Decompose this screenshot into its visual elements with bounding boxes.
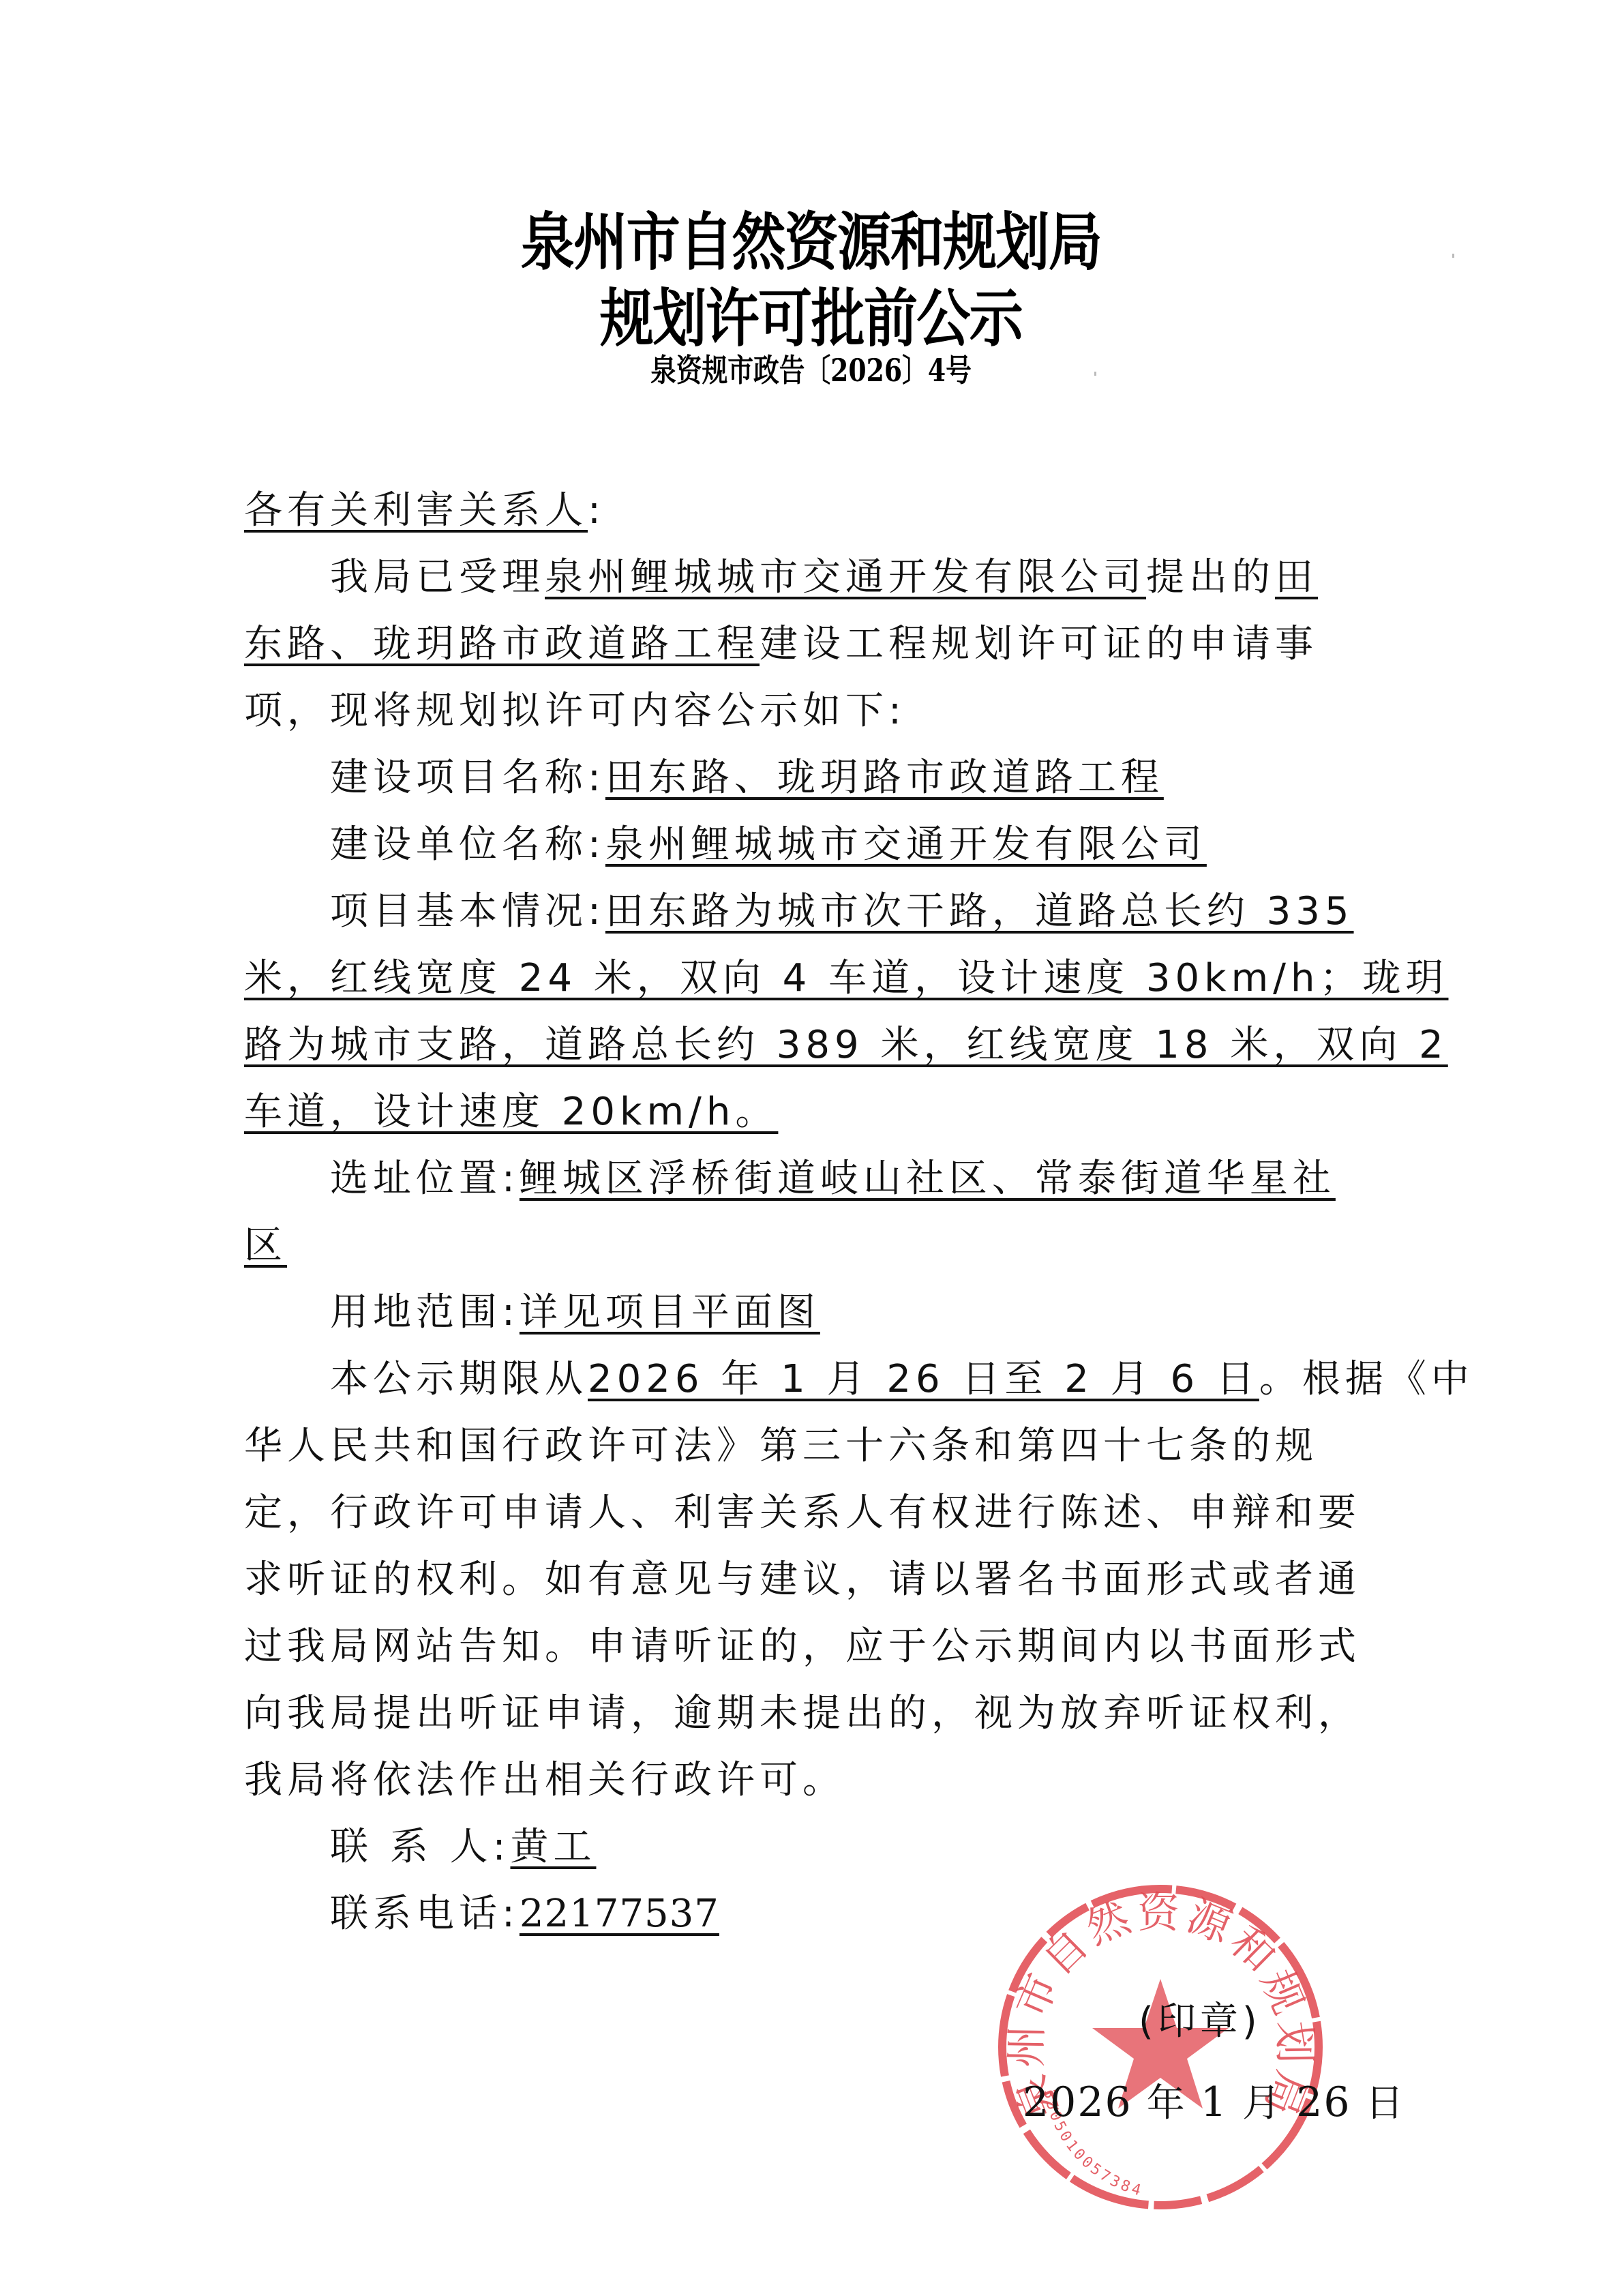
unit-name-label: 建设单位名称: bbox=[330, 822, 605, 867]
notice-period: 2026 年 1 月 26 日至 2 月 6 日 bbox=[588, 1357, 1259, 1401]
notice-line-7: 我局将依法作出相关行政许可。 bbox=[244, 1747, 1390, 1814]
official-seal-icon: 泉州市自然资源和规划局 3505010057384 bbox=[990, 1877, 1331, 2218]
land-scope-label: 用地范围: bbox=[330, 1290, 520, 1335]
project-name-value: 田东路、珑玥路市政道路工程 bbox=[605, 756, 1164, 800]
applicant-name: 泉州鲤城城市交通开发有限公司 bbox=[545, 555, 1146, 599]
project-name-row: 建设项目名称:田东路、珑玥路市政道路工程 bbox=[244, 745, 1390, 811]
notice-page: 泉州市自然资源和规划局 规划许可批前公示 泉资规市政告〔2026〕4号 各有关利… bbox=[0, 0, 1622, 2296]
location-line2: 区 bbox=[244, 1223, 287, 1268]
seal-note: (印章) bbox=[1139, 1991, 1261, 2046]
basic-info-line3: 路为城市支路，道路总长约 389 米，红线宽度 18 米，双向 2 bbox=[244, 1023, 1448, 1067]
notice-body: 各有关利害关系人: 我局已受理泉州鲤城城市交通开发有限公司提出的田 东路、珑玥路… bbox=[244, 477, 1390, 1948]
location-label: 选址位置: bbox=[330, 1157, 520, 1201]
intro-line-3: 项，现将规划拟许可内容公示如下: bbox=[244, 678, 1390, 745]
notice-line-5: 过我局网站告知。申请听证的，应于公示期间内以书面形式 bbox=[244, 1613, 1390, 1680]
notice-line-3: 定，行政许可申请人、利害关系人有权进行陈述、申辩和要 bbox=[244, 1480, 1390, 1547]
contact-phone-label: 联系电话: bbox=[330, 1892, 520, 1936]
intro-line-2: 东路、珑玥路市政道路工程建设工程规划许可证的申请事 bbox=[244, 611, 1390, 678]
basic-info-label: 项目基本情况: bbox=[330, 889, 605, 934]
location-line1: 鲤城区浮桥街道岐山社区、常泰街道华星社 bbox=[520, 1157, 1336, 1201]
notice-title: 规划许可批前公示 bbox=[114, 281, 1509, 356]
notice-line-4: 求听证的权利。如有意见与建议，请以署名书面形式或者通 bbox=[244, 1547, 1390, 1613]
unit-name-row: 建设单位名称:泉州鲤城城市交通开发有限公司 bbox=[244, 811, 1390, 878]
location-row: 选址位置:鲤城区浮桥街道岐山社区、常泰街道华星社 bbox=[244, 1146, 1390, 1212]
contact-phone-value: 22177537 bbox=[520, 1892, 719, 1936]
salutation: 各有关利害关系人 bbox=[244, 488, 588, 533]
notice-period-line: 本公示期限从2026 年 1 月 26 日至 2 月 6 日。根据《中 bbox=[244, 1346, 1390, 1413]
unit-name-value: 泉州鲤城城市交通开发有限公司 bbox=[605, 822, 1207, 867]
project-name-label: 建设项目名称: bbox=[330, 756, 605, 800]
project-name-part2: 东路、珑玥路市政道路工程 bbox=[244, 622, 760, 666]
issue-date: 2026 年 1 月 26 日 bbox=[1023, 2073, 1405, 2128]
document-number: 泉资规市政告〔2026〕4号 bbox=[146, 351, 1476, 389]
land-scope-row: 用地范围:详见项目平面图 bbox=[244, 1279, 1390, 1346]
basic-info-line2: 米，红线宽度 24 米，双向 4 车道，设计速度 30km/h；珑玥 bbox=[244, 956, 1449, 1000]
notice-line-6: 向我局提出听证申请，逾期未提出的，视为放弃听证权利， bbox=[244, 1680, 1390, 1747]
land-scope-value: 详见项目平面图 bbox=[520, 1290, 820, 1335]
agency-title: 泉州市自然资源和规划局 bbox=[114, 205, 1509, 280]
contact-person-row: 联 系 人:黄工 bbox=[244, 1814, 1390, 1881]
intro-line-1: 我局已受理泉州鲤城城市交通开发有限公司提出的田 bbox=[244, 544, 1390, 611]
basic-info-row: 项目基本情况:田东路为城市次干路，道路总长约 335 bbox=[244, 878, 1390, 945]
contact-person-value: 黄工 bbox=[510, 1825, 596, 1869]
basic-info-line4: 车道，设计速度 20km/h。 bbox=[244, 1090, 778, 1134]
notice-line-2: 华人民共和国行政许可法》第三十六条和第四十七条的规 bbox=[244, 1413, 1390, 1480]
contact-person-label: 联 系 人: bbox=[330, 1825, 510, 1869]
project-name-part1: 田 bbox=[1275, 555, 1318, 599]
salutation-line: 各有关利害关系人: bbox=[244, 477, 1390, 544]
basic-info-line1: 田东路为城市次干路，道路总长约 335 bbox=[605, 889, 1354, 934]
